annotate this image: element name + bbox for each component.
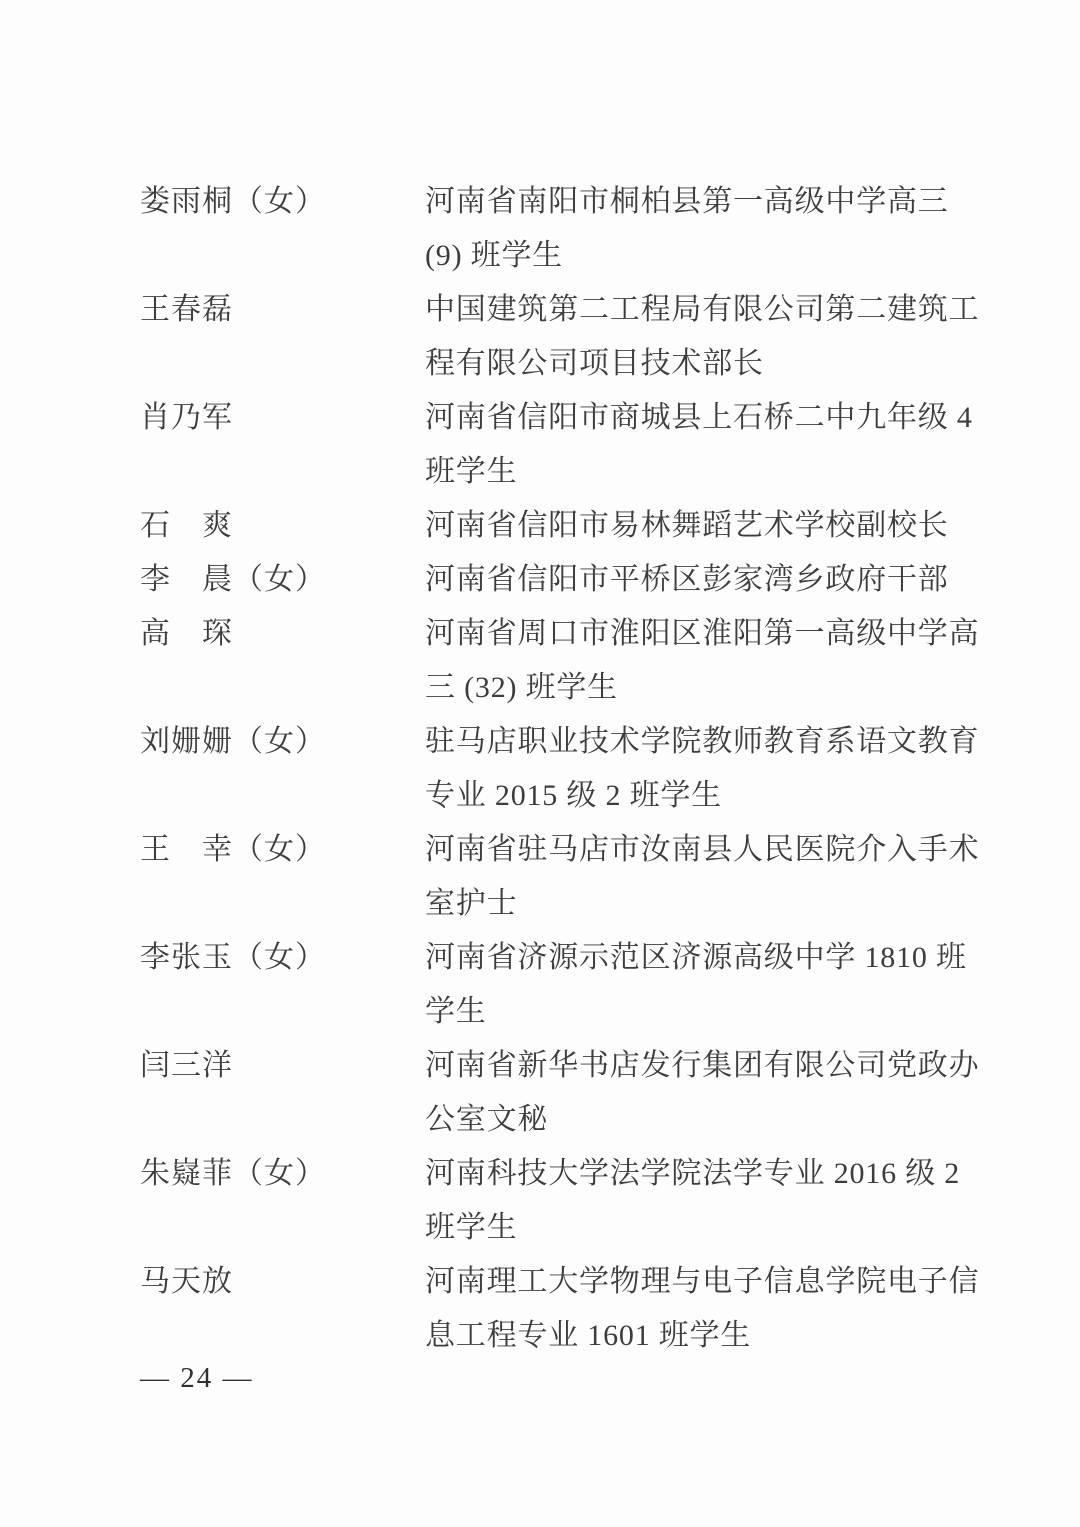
description-line: 河南省周口市淮阳区淮阳第一高级中学高	[425, 607, 979, 661]
description-line: 学生	[425, 985, 970, 1039]
recipient-description: 河南省新华书店发行集团有限公司党政办公室文秘	[425, 1039, 979, 1147]
recipient-description: 河南省信阳市商城县上石桥二中九年级 4班学生	[425, 391, 973, 499]
recipient-list: 娄雨桐（女）河南省南阳市桐柏县第一高级中学高三(9) 班学生王春磊中国建筑第二工…	[140, 175, 970, 1363]
description-line: 息工程专业 1601 班学生	[425, 1309, 979, 1363]
recipient-description: 河南科技大学法学院法学专业 2016 级 2班学生	[425, 1147, 970, 1255]
recipient-name: 高 琛	[140, 607, 425, 661]
recipient-name: 石 爽	[140, 499, 425, 553]
list-item: 朱嶷菲（女）河南科技大学法学院法学专业 2016 级 2班学生	[140, 1147, 970, 1255]
recipient-description: 驻马店职业技术学院教师教育系语文教育专业 2015 级 2 班学生	[425, 715, 979, 823]
description-line: 河南科技大学法学院法学专业 2016 级 2	[425, 1147, 970, 1201]
recipient-description: 中国建筑第二工程局有限公司第二建筑工程有限公司项目技术部长	[425, 283, 979, 391]
description-line: 公室文秘	[425, 1093, 979, 1147]
recipient-description: 河南理工大学物理与电子信息学院电子信息工程专业 1601 班学生	[425, 1255, 979, 1363]
description-line: 河南理工大学物理与电子信息学院电子信	[425, 1255, 979, 1309]
description-line: 班学生	[425, 445, 973, 499]
list-item: 闫三洋河南省新华书店发行集团有限公司党政办公室文秘	[140, 1039, 970, 1147]
document-page: 娄雨桐（女）河南省南阳市桐柏县第一高级中学高三(9) 班学生王春磊中国建筑第二工…	[0, 0, 1080, 1527]
description-line: 河南省信阳市商城县上石桥二中九年级 4	[425, 391, 973, 445]
recipient-name: 娄雨桐（女）	[140, 175, 425, 229]
recipient-name: 李张玉（女）	[140, 931, 425, 985]
recipient-name: 肖乃军	[140, 391, 425, 445]
recipient-description: 河南省信阳市平桥区彭家湾乡政府干部	[425, 553, 970, 607]
description-line: 专业 2015 级 2 班学生	[425, 769, 979, 823]
list-item: 石 爽河南省信阳市易林舞蹈艺术学校副校长	[140, 499, 970, 553]
description-line: 河南省新华书店发行集团有限公司党政办	[425, 1039, 979, 1093]
recipient-description: 河南省济源示范区济源高级中学 1810 班学生	[425, 931, 970, 1039]
list-item: 高 琛河南省周口市淮阳区淮阳第一高级中学高三 (32) 班学生	[140, 607, 970, 715]
description-line: (9) 班学生	[425, 229, 970, 283]
description-line: 三 (32) 班学生	[425, 661, 979, 715]
recipient-name: 李 晨（女）	[140, 553, 425, 607]
recipient-description: 河南省信阳市易林舞蹈艺术学校副校长	[425, 499, 970, 553]
description-line: 程有限公司项目技术部长	[425, 337, 979, 391]
recipient-name: 马天放	[140, 1255, 425, 1309]
list-item: 肖乃军河南省信阳市商城县上石桥二中九年级 4班学生	[140, 391, 970, 499]
recipient-description: 河南省驻马店市汝南县人民医院介入手术室护士	[425, 823, 979, 931]
list-item: 李 晨（女）河南省信阳市平桥区彭家湾乡政府干部	[140, 553, 970, 607]
description-line: 班学生	[425, 1201, 970, 1255]
description-line: 河南省南阳市桐柏县第一高级中学高三	[425, 175, 970, 229]
recipient-name: 刘姗姗（女）	[140, 715, 425, 769]
description-line: 河南省信阳市易林舞蹈艺术学校副校长	[425, 499, 970, 553]
page-number-label: — 24 —	[140, 1362, 254, 1394]
list-item: 李张玉（女）河南省济源示范区济源高级中学 1810 班学生	[140, 931, 970, 1039]
description-line: 驻马店职业技术学院教师教育系语文教育	[425, 715, 979, 769]
page-number: — 24 —	[140, 1358, 254, 1398]
recipient-name: 朱嶷菲（女）	[140, 1147, 425, 1201]
description-line: 河南省信阳市平桥区彭家湾乡政府干部	[425, 553, 970, 607]
list-item: 王 幸（女）河南省驻马店市汝南县人民医院介入手术室护士	[140, 823, 970, 931]
recipient-name: 闫三洋	[140, 1039, 425, 1093]
list-item: 娄雨桐（女）河南省南阳市桐柏县第一高级中学高三(9) 班学生	[140, 175, 970, 283]
description-line: 室护士	[425, 877, 979, 931]
description-line: 中国建筑第二工程局有限公司第二建筑工	[425, 283, 979, 337]
description-line: 河南省济源示范区济源高级中学 1810 班	[425, 931, 970, 985]
description-line: 河南省驻马店市汝南县人民医院介入手术	[425, 823, 979, 877]
recipient-description: 河南省周口市淮阳区淮阳第一高级中学高三 (32) 班学生	[425, 607, 979, 715]
recipient-name: 王春磊	[140, 283, 425, 337]
list-item: 王春磊中国建筑第二工程局有限公司第二建筑工程有限公司项目技术部长	[140, 283, 970, 391]
list-item: 刘姗姗（女）驻马店职业技术学院教师教育系语文教育专业 2015 级 2 班学生	[140, 715, 970, 823]
recipient-name: 王 幸（女）	[140, 823, 425, 877]
list-item: 马天放河南理工大学物理与电子信息学院电子信息工程专业 1601 班学生	[140, 1255, 970, 1363]
recipient-description: 河南省南阳市桐柏县第一高级中学高三(9) 班学生	[425, 175, 970, 283]
